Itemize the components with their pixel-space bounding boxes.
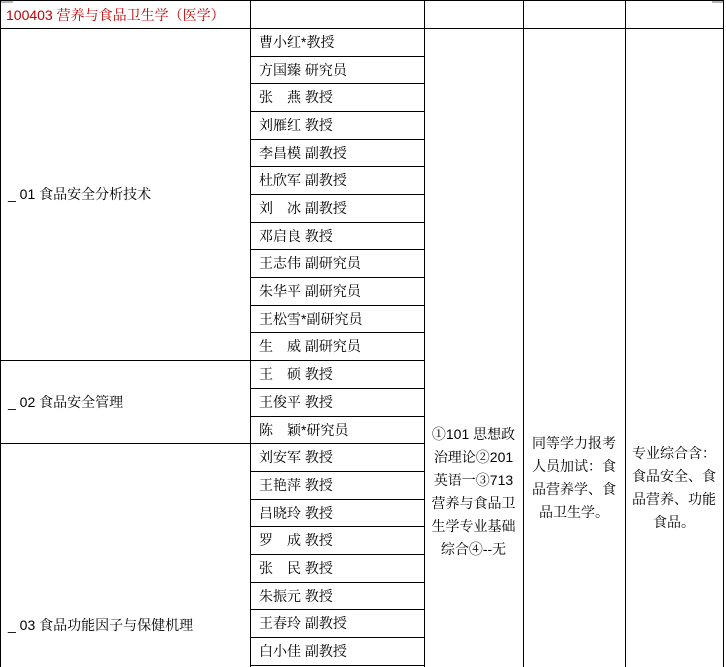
advisor-cell: 李昌模 副教授 — [259, 142, 421, 164]
advisor-cell: 朱华平 副研究员 — [259, 280, 421, 302]
grid-line — [250, 83, 425, 84]
grid-line — [250, 665, 425, 666]
grid-line — [0, 0, 724, 1]
advisor-cell: 王松雪*副研究员 — [259, 308, 421, 330]
advisor-cell: 邓启良 教授 — [259, 225, 421, 247]
grid-line — [0, 360, 425, 361]
grid-line — [250, 637, 425, 638]
grid-line — [250, 416, 425, 417]
advisor-cell: 朱振元 教授 — [259, 585, 421, 607]
grid-line — [250, 222, 425, 223]
advisor-cell: 刘 冰 副教授 — [259, 197, 421, 219]
advisor-cell: 方国臻 研究员 — [259, 59, 421, 81]
grid-line — [250, 139, 425, 140]
advisor-cell: 王春玲 副教授 — [259, 612, 421, 634]
grid-line — [250, 56, 425, 57]
advisor-cell: 张 燕 教授 — [259, 86, 421, 108]
advisor-cell: 曹小红*教授 — [259, 31, 421, 53]
advisor-cell: 陈 颖*研究员 — [259, 419, 421, 441]
advisor-cell: 王 硕 教授 — [259, 363, 421, 385]
program-title: 100403 营养与食品卫生学（医学） — [6, 4, 225, 26]
grid-line — [250, 332, 425, 333]
advisor-cell: 刘安军 教授 — [259, 446, 421, 468]
grid-line — [250, 166, 425, 167]
grid-line — [250, 249, 425, 250]
additional-test-cell: 同等学力报考人员加试：食品营养学、食品卫生学。 — [528, 432, 620, 524]
advisor-cell: 刘雁红 教授 — [259, 114, 421, 136]
exam-subjects-cell: ①101 思想政治理论②201 英语一③713 营养与食品卫生学专业基础综合④-… — [427, 423, 520, 561]
grid-line — [250, 305, 425, 306]
direction-label: _ 01 食品安全分析技术 — [8, 183, 246, 205]
grid-line — [250, 111, 425, 112]
advisor-cell: 杜欣军 副教授 — [259, 169, 421, 191]
grid-line — [523, 0, 524, 667]
professional-comprehensive-cell: 专业综合含：食品安全、食品营养、功能食品。 — [628, 442, 720, 534]
grid-line — [250, 499, 425, 500]
grid-line — [250, 554, 425, 555]
direction-label: _ 03 食品功能因子与保健机理 — [8, 614, 246, 636]
direction-label: _ 02 食品安全管理 — [8, 391, 246, 413]
grid-line — [250, 0, 251, 667]
grid-line — [250, 194, 425, 195]
advisor-cell: 罗 成 教授 — [259, 529, 421, 551]
advisor-cell: 王艳萍 教授 — [259, 474, 421, 496]
grid-line — [250, 526, 425, 527]
advisor-cell: 张 民 教授 — [259, 557, 421, 579]
grid-line — [424, 0, 425, 667]
grid-line — [250, 582, 425, 583]
advisor-cell: 吕晓玲 教授 — [259, 502, 421, 524]
advisor-cell: 白小佳 副教授 — [259, 640, 421, 662]
grid-line — [0, 0, 1, 667]
admissions-catalog-table: 100403 营养与食品卫生学（医学） _ 01 食品安全分析技术曹小红*教授方… — [0, 0, 726, 667]
grid-line — [250, 277, 425, 278]
advisor-cell: 王俊平 教授 — [259, 391, 421, 413]
advisor-cell: 生 威 副研究员 — [259, 335, 421, 357]
grid-line — [723, 0, 724, 667]
grid-line — [0, 28, 724, 29]
grid-line — [250, 609, 425, 610]
grid-line — [250, 388, 425, 389]
grid-line — [250, 471, 425, 472]
grid-line — [0, 443, 425, 444]
advisor-cell: 王志伟 副研究员 — [259, 252, 421, 274]
grid-line — [625, 0, 626, 667]
